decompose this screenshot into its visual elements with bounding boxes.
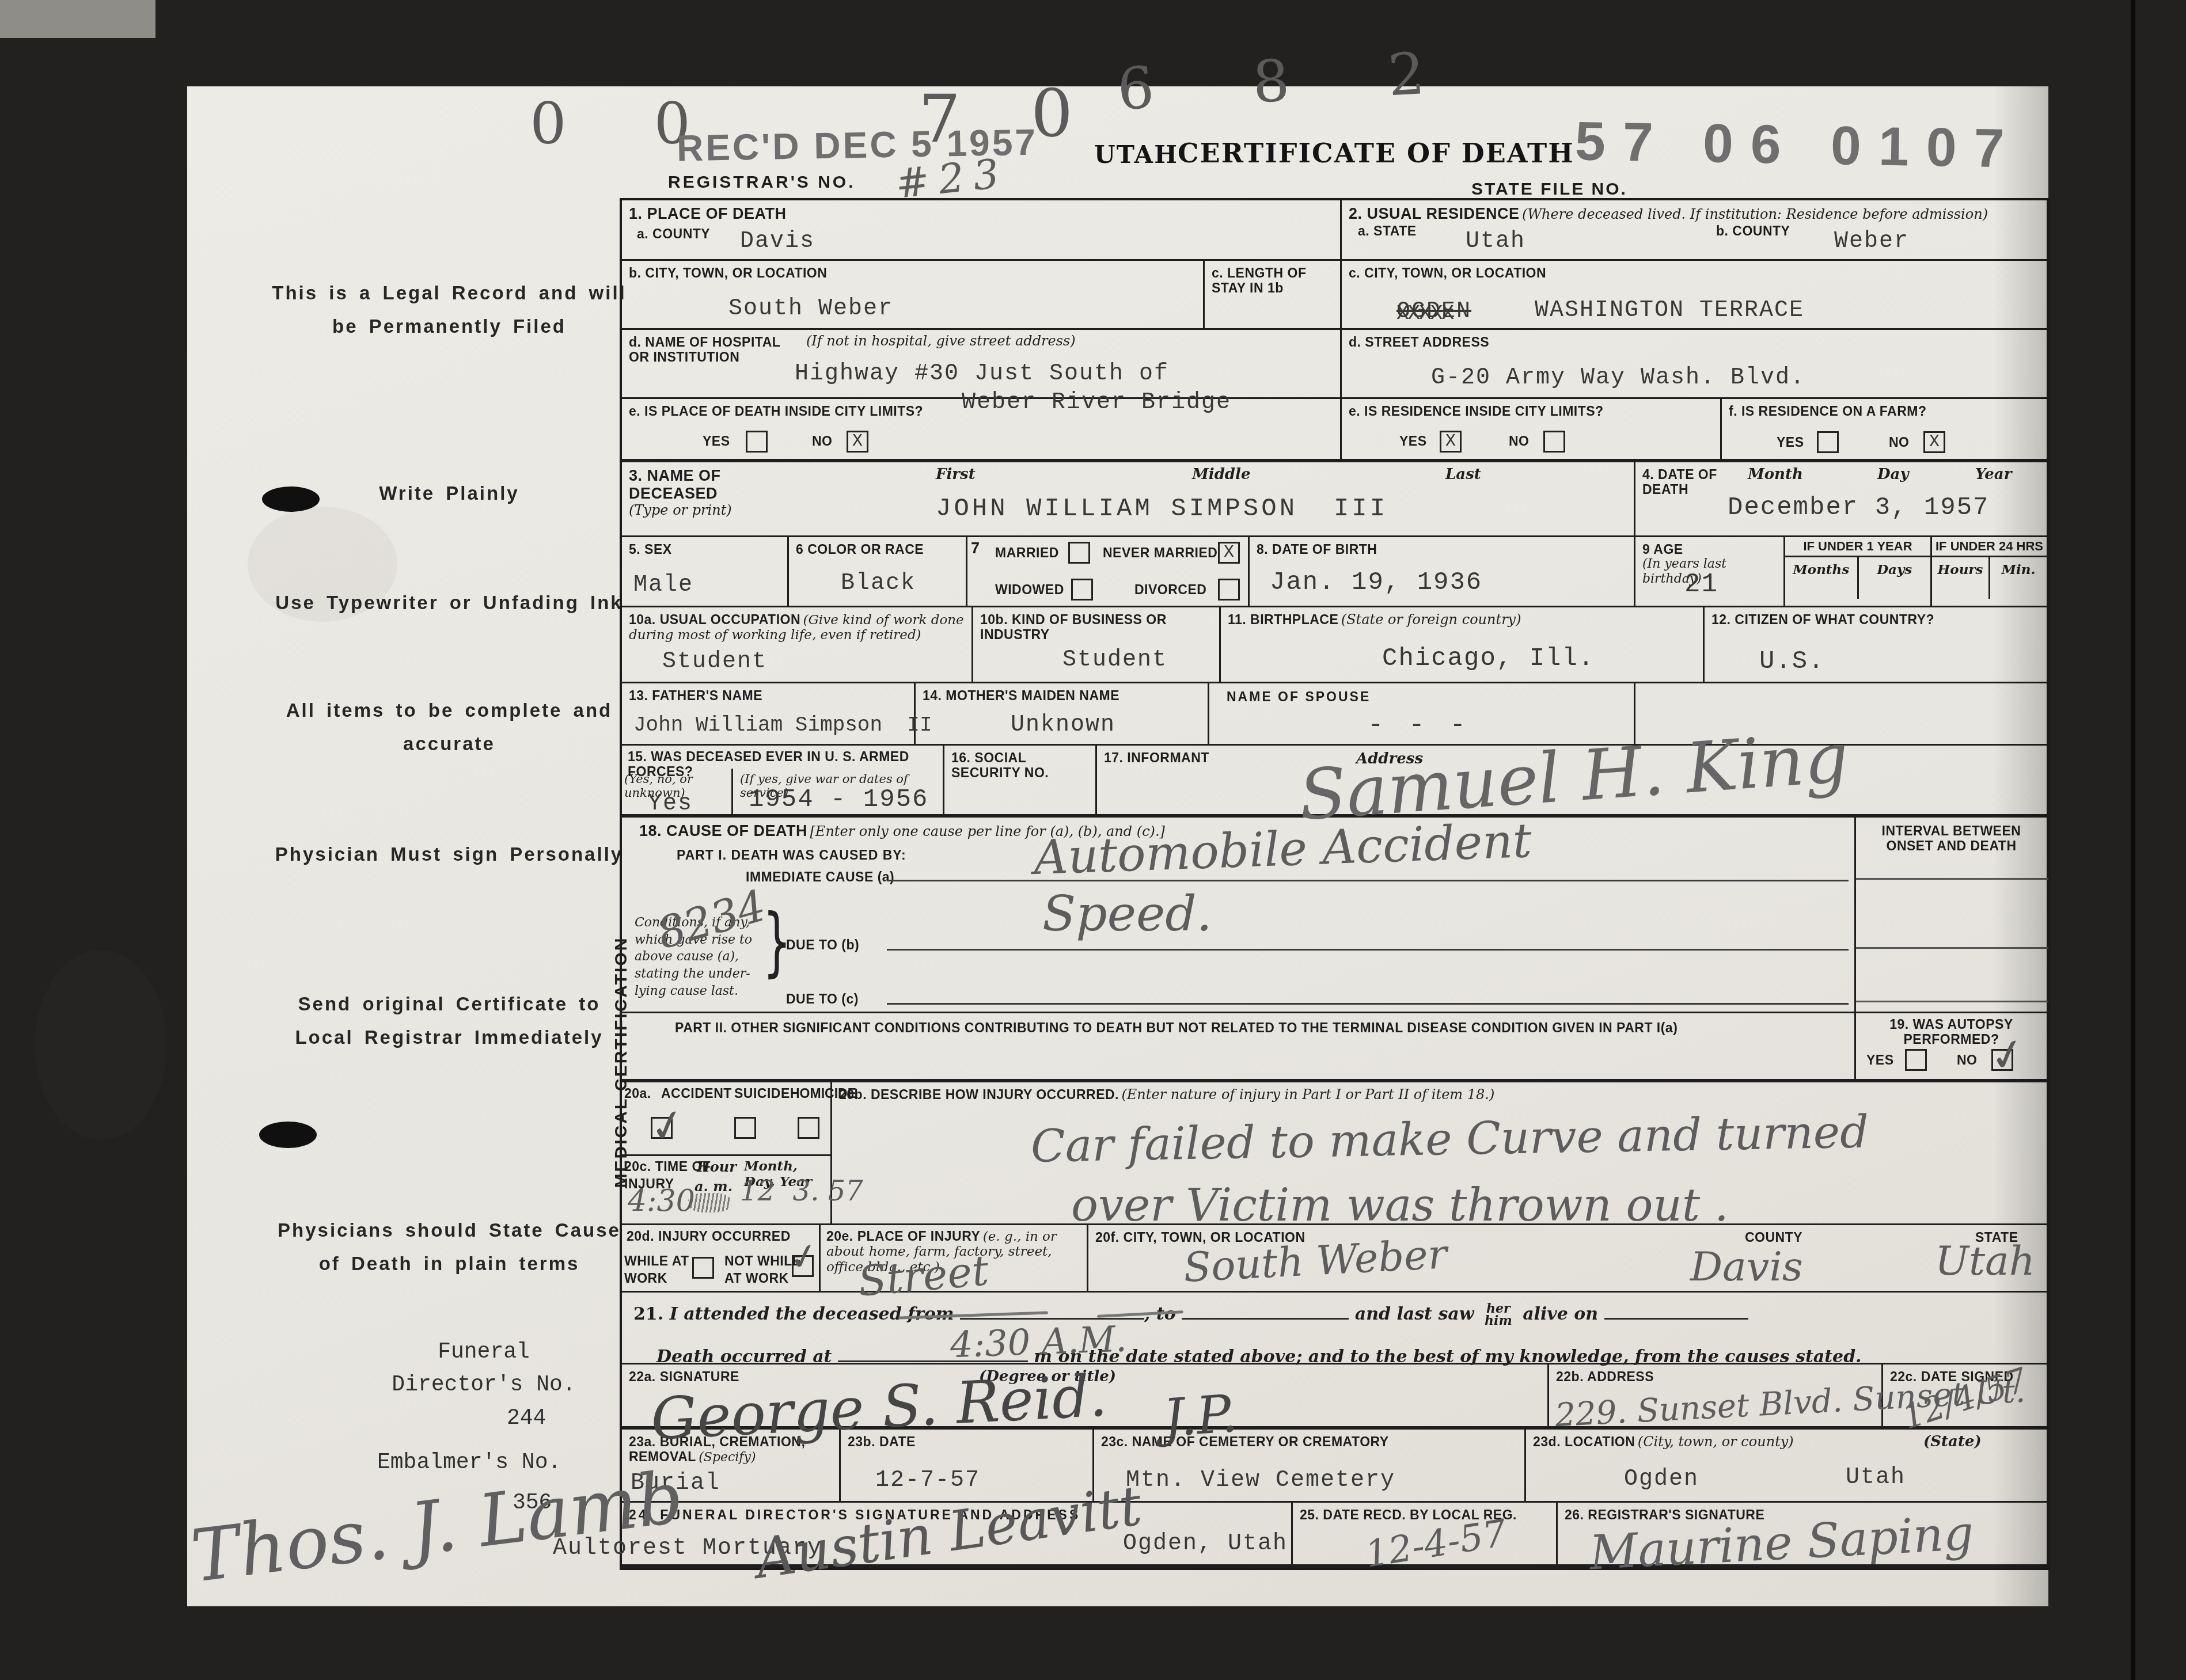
- field-16-ssn: 16. SOCIAL SECURITY NO.: [944, 746, 1097, 818]
- field-1e-no-checkbox: X: [847, 431, 868, 453]
- field-7-widowed-checkbox: [1071, 579, 1093, 600]
- field-7-divorced-checkbox: [1218, 579, 1240, 600]
- field-13-label: 13. FATHER'S NAME: [629, 688, 762, 703]
- punch-hole: [259, 1122, 317, 1148]
- field-3-middle-head: Middle: [1192, 466, 1250, 483]
- field-4-value: December 3, 1957: [1728, 494, 1989, 522]
- immediate-cause-label: IMMEDIATE CAUSE (a): [746, 869, 894, 884]
- yes-label: YES: [1866, 1052, 1894, 1067]
- field-23b-value: 12-7-57: [875, 1468, 980, 1493]
- field-1d-value-line2: Weber River Bridge: [962, 390, 1231, 416]
- margin-note-physician: Physician Must sign Personally: [271, 838, 628, 871]
- blank-alive-on: [1604, 1301, 1748, 1320]
- field-1b-label: b. CITY, TOWN, OR LOCATION: [629, 265, 827, 280]
- field-16-label: 16. SOCIAL SECURITY NO.: [951, 750, 1049, 780]
- field-7-num: 7: [971, 539, 980, 557]
- field-23d-state-note: (State): [1923, 1433, 1982, 1450]
- field-10a-value: Student: [662, 649, 767, 675]
- no-label: NO: [812, 434, 833, 448]
- due-to-b-label: DUE TO (b): [786, 937, 859, 952]
- field-1c-length-of-stay: c. LENGTH OF STAY IN 1b: [1205, 261, 1342, 330]
- field-20b-note: (Enter nature of injury in Part I or Par…: [1121, 1086, 1494, 1103]
- field-2d-label: d. STREET ADDRESS: [1349, 335, 1489, 349]
- field-2c-value: WASHINGTON TERRACE: [1535, 298, 1804, 324]
- field-3-value: JOHN WILLIAM SIMPSON III: [936, 495, 1388, 523]
- field-21-text4: Death occurred at: [656, 1347, 832, 1367]
- field-2f-no-checkbox: X: [1923, 431, 1945, 453]
- field-23a-note: (Specify): [699, 1450, 756, 1465]
- while-at-work-checkbox: [692, 1257, 714, 1279]
- field-11-note: (State or foreign country): [1341, 611, 1521, 628]
- field-7-married-label: MARRIED: [995, 545, 1059, 560]
- field-1b-city: b. CITY, TOWN, OR LOCATION: [622, 261, 1205, 330]
- field-2e-label: e. IS RESIDENCE INSIDE CITY LIMITS?: [1349, 404, 1604, 419]
- field-4-month-head: Month: [1748, 466, 1803, 483]
- field-7-married-checkbox: [1068, 542, 1090, 564]
- field-8-value: Jan. 19, 1936: [1270, 569, 1482, 596]
- field-12-value: U.S.: [1759, 648, 1825, 675]
- field-18-label: 18. CAUSE OF DEATH: [639, 822, 807, 839]
- hour-head: Hour: [697, 1158, 737, 1175]
- field-20b-value-line2: over Victim was thrown out .: [1071, 1183, 1729, 1228]
- field-17-label: 17. INFORMANT: [1104, 750, 1209, 765]
- field-21-num: 21.: [633, 1304, 663, 1324]
- funeral-director-no-value: 244: [507, 1402, 546, 1435]
- field-1d-note: (If not in hospital, give street address…: [806, 333, 1076, 349]
- no-label: NO: [1889, 435, 1910, 450]
- field-2a-label: a. STATE: [1358, 223, 1417, 238]
- field-2-label: 2. USUAL RESIDENCE: [1349, 205, 1520, 222]
- field-7-marital-status: 7 MARRIED NEVER MARRIED X WIDOWED DIVORC…: [967, 537, 1250, 607]
- field-21-attended: 21. I attended the deceased from , to an…: [622, 1293, 2048, 1364]
- margin-note-send: Send original Certificate to Local Regis…: [271, 987, 628, 1054]
- field-15-value2: 1954 - 1956: [749, 786, 928, 814]
- margin-note-terms: Physicians should State Cause of Death i…: [271, 1214, 628, 1280]
- field-20f-state-value: Utah: [1935, 1241, 2035, 1281]
- field-5-label: 5. SEX: [629, 542, 672, 557]
- field-7-never-married-label: NEVER MARRIED: [1103, 545, 1217, 560]
- field-2b-value: Weber: [1834, 229, 1909, 254]
- cause-c-line: [887, 1003, 1849, 1005]
- cause-a-line: [887, 880, 1849, 881]
- field-3-last-head: Last: [1445, 466, 1481, 483]
- days-head: Days: [1859, 557, 1931, 599]
- cause-b-line: [887, 949, 1849, 951]
- field-20c-hour-value: 4:30: [628, 1186, 695, 1216]
- field-6-value: Black: [841, 571, 916, 596]
- suicide-checkbox: [734, 1117, 756, 1139]
- field-2e-yes-checkbox: X: [1440, 431, 1462, 453]
- him-label: him: [1485, 1315, 1512, 1327]
- margin-note-complete: All items to be complete and accurate: [271, 694, 628, 761]
- field-6-label: 6 COLOR OR RACE: [796, 542, 924, 557]
- blank-to: [1182, 1301, 1349, 1320]
- spouse-value: - - -: [1368, 711, 1470, 740]
- field-20a-num: 20a.: [624, 1086, 651, 1101]
- field-2a-value: Utah: [1466, 229, 1525, 254]
- field-14-label: 14. MOTHER'S MAIDEN NAME: [923, 688, 1119, 703]
- field-1-place-of-death: 1. PLACE OF DEATH a. COUNTY: [622, 200, 1342, 261]
- field-12-label: 12. CITIZEN OF WHAT COUNTRY?: [1711, 612, 1934, 627]
- title-state: UTAH: [1094, 143, 1178, 167]
- field-2f-yes-checkbox: [1817, 431, 1839, 453]
- field-21-text5: m on the date stated above; and to the b…: [1034, 1347, 1861, 1367]
- registrar-no-value: #23: [894, 153, 1010, 204]
- field-23d-label: 23d. LOCATION: [1533, 1434, 1635, 1449]
- field-20d-label: 20d. INJURY OCCURRED: [627, 1229, 791, 1244]
- field-10b-label: 10b. KIND OF BUSINESS OR INDUSTRY: [980, 612, 1167, 642]
- field-1-label: 1. PLACE OF DEATH: [629, 205, 787, 222]
- field-23d-note: (City, town, or county): [1638, 1434, 1794, 1450]
- field-20e-value: Street: [856, 1249, 990, 1302]
- field-8-label: 8. DATE OF BIRTH: [1257, 542, 1377, 557]
- field-1b-value: South Weber: [728, 297, 893, 322]
- field-2c-strike-marks: XXXXX: [1396, 302, 1453, 325]
- field-1d-label: d. NAME OF HOSPITAL OR INSTITUTION: [629, 335, 796, 365]
- due-to-c-label: DUE TO (c): [786, 991, 859, 1006]
- field-1e-label: e. IS PLACE OF DEATH INSIDE CITY LIMITS?: [629, 404, 923, 419]
- hours-head: Hours: [1932, 557, 1990, 599]
- field-3-first-head: First: [936, 466, 976, 483]
- field-23c-label: 23c. NAME OF CEMETERY OR CREMATORY: [1101, 1434, 1389, 1449]
- field-4-day-head: Day: [1877, 466, 1909, 483]
- months-head: Months: [1785, 557, 1859, 599]
- field-21-text3: alive on: [1523, 1304, 1598, 1324]
- part2-cell: PART II. OTHER SIGNIFICANT CONDITIONS CO…: [622, 1013, 1856, 1082]
- field-10a-label: 10a. USUAL OCCUPATION: [629, 612, 800, 627]
- field-23d-location: 23d. LOCATION (City, town, or county) (S…: [1526, 1430, 2048, 1503]
- homicide-checkbox: [798, 1117, 819, 1139]
- field-14-value: Unknown: [1011, 713, 1115, 738]
- scanner-corner: [0, 0, 155, 38]
- field-2b-label: b. COUNTY: [1716, 223, 1790, 238]
- field-1e-yes-checkbox: [746, 431, 768, 453]
- registrar-no-label: REGISTRAR'S NO.: [668, 173, 856, 193]
- field-15-value1: Yes: [648, 792, 693, 817]
- field-2c-label: c. CITY, TOWN, OR LOCATION: [1349, 265, 1546, 280]
- divider: [731, 769, 733, 814]
- handwritten-digits: 6 8 2: [1116, 43, 1467, 118]
- field-11-label: 11. BIRTHPLACE: [1228, 612, 1338, 627]
- field-11-value: Chicago, Ill.: [1382, 645, 1595, 672]
- yes-label: YES: [703, 434, 730, 448]
- field-2-usual-residence: 2. USUAL RESIDENCE (Where deceased lived…: [1342, 200, 2048, 261]
- funeral-director-no-label: Funeral Director's No.: [357, 1336, 610, 1401]
- field-21-text1: I attended the deceased from: [670, 1304, 954, 1324]
- book-edge-line: [2131, 0, 2135, 1680]
- field-7-never-married-checkbox: X: [1218, 542, 1240, 564]
- physician-degree: J.P.: [1162, 1388, 1239, 1445]
- state-file-number-stamp: 57 06 0107: [1574, 114, 2022, 177]
- field-1c-label: c. LENGTH OF STAY IN 1b: [1212, 265, 1306, 295]
- field-7-divorced-label: DIVORCED: [1134, 582, 1206, 597]
- part2-label: PART II. OTHER SIGNIFICANT CONDITIONS CO…: [675, 1020, 1827, 1035]
- field-9-value: 21: [1684, 570, 1718, 599]
- field-5-value: Male: [633, 573, 693, 598]
- field-20c-date-value: 12 3. 57: [740, 1177, 863, 1205]
- field-24-city-value: Ogden, Utah: [1123, 1531, 1288, 1557]
- field-20e-label: 20e. PLACE OF INJURY: [826, 1229, 980, 1244]
- am-head: a. m.: [694, 1178, 733, 1195]
- field-9-label: 9 AGE: [1642, 542, 1683, 557]
- yes-label: YES: [1777, 435, 1804, 450]
- cause-b-value: Speed.: [1042, 890, 1212, 938]
- field-10b-value: Student: [1062, 648, 1167, 673]
- part1-label: PART I. DEATH WAS CAUSED BY:: [677, 847, 906, 862]
- page-title: CERTIFICATE OF DEATH: [1178, 140, 1574, 166]
- field-21-text2: and last saw: [1355, 1304, 1474, 1324]
- margin-note-typewriter: Use Typewriter or Unfading Ink: [271, 586, 628, 619]
- field-2d-value: G-20 Army Way Wash. Blvd.: [1431, 366, 1805, 391]
- margin-note-plainly: Write Plainly: [271, 477, 628, 510]
- spouse-label: NAME OF SPOUSE: [1227, 689, 1371, 704]
- field-4-label: 4. DATE OF DEATH: [1642, 467, 1717, 497]
- field-7-widowed-label: WIDOWED: [995, 582, 1064, 597]
- field-23d-city-value: Ogden: [1624, 1467, 1699, 1492]
- while-at-work-label: WHILE AT WORK: [624, 1253, 689, 1287]
- field-20b-label: 20b. DESCRIBE HOW INJURY OCCURRED.: [839, 1087, 1119, 1102]
- death-time-value: 4:30 A.M.: [950, 1321, 1128, 1363]
- field-23d-state-value: Utah: [1846, 1465, 1906, 1491]
- field-13-value: John William Simpson II: [633, 714, 932, 737]
- paper-stain: [35, 950, 167, 1140]
- suicide-label: SUICIDE: [734, 1086, 790, 1101]
- margin-note-legal: This is a Legal Record and will be Perma…: [271, 276, 628, 343]
- field-2e-city-limits: e. IS RESIDENCE INSIDE CITY LIMITS? YES …: [1342, 399, 1722, 462]
- field-3-label: 3. NAME OF DECEASED: [629, 467, 761, 503]
- under-1-year-head: IF UNDER 1 YEAR: [1785, 537, 1930, 557]
- field-2e-no-checkbox: [1543, 431, 1565, 453]
- scanned-death-certificate: { "stamps": { "digits_a": "0 0", "digit_…: [0, 0, 2186, 1680]
- field-2f-label: f. IS RESIDENCE ON A FARM?: [1729, 404, 1927, 419]
- field-20f-county-value: Davis: [1690, 1246, 1803, 1287]
- yes-label: YES: [1399, 434, 1427, 448]
- field-2-note: (Where deceased lived. If institution: R…: [1522, 206, 1988, 222]
- no-label: NO: [1509, 434, 1530, 448]
- no-label: NO: [1957, 1052, 1978, 1067]
- field-1a-value: Davis: [740, 229, 815, 254]
- field-9-under-1-year: IF UNDER 1 YEAR Months Days: [1785, 537, 1932, 607]
- field-1d-value-line1: Highway #30 Just South of: [795, 362, 1169, 387]
- state-file-no-label: STATE FILE NO.: [1471, 180, 1627, 200]
- pm-scribble: [688, 1193, 731, 1213]
- field-19-yes-checkbox: [1905, 1049, 1927, 1071]
- field-22b-label: 22b. ADDRESS: [1556, 1369, 1654, 1384]
- field-23c-value: Mtn. View Cemetery: [1126, 1468, 1395, 1493]
